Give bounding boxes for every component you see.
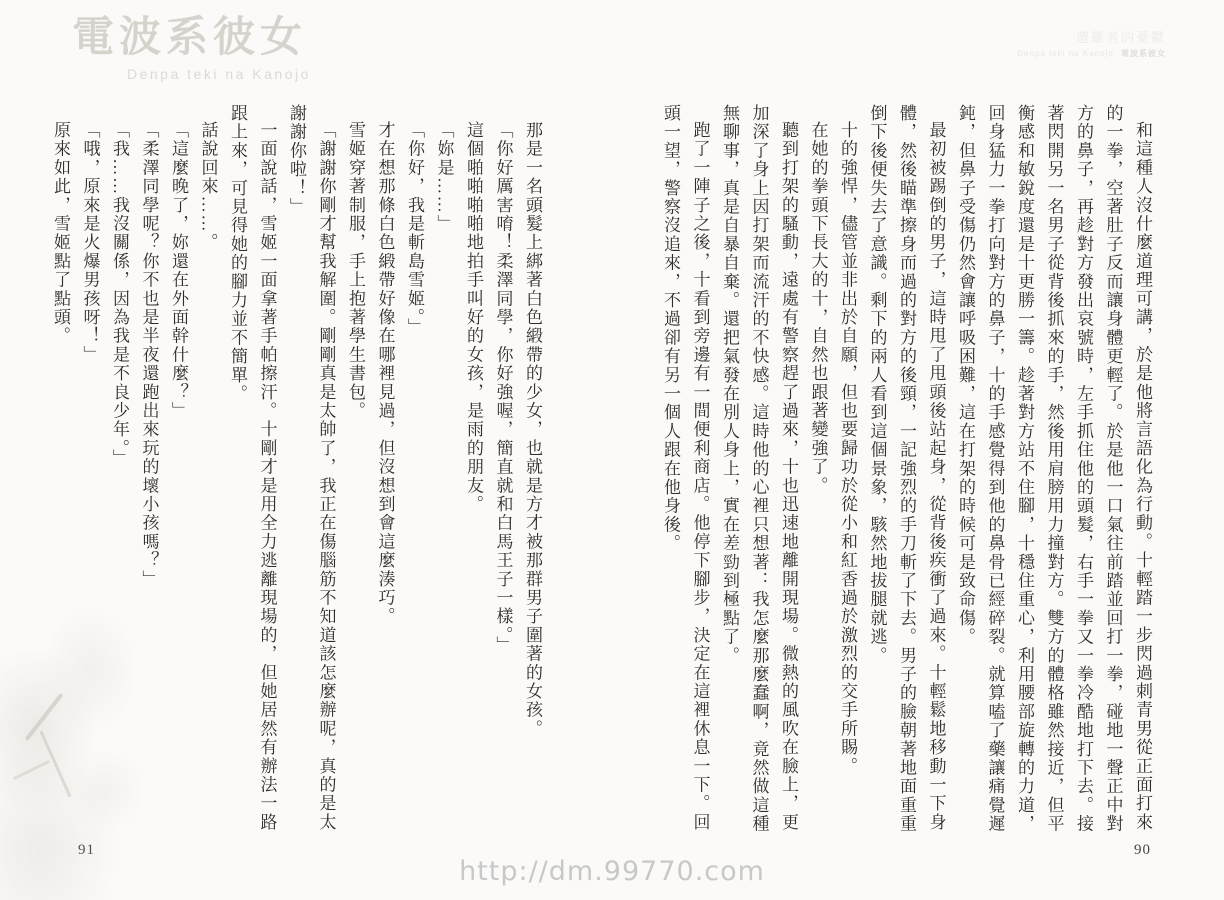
page-91-text-block: 那是一名頭髮上綁著白色緞帶的少女，也就是方才被那群男子圍著的女孩。「你好厲害唷！…	[45, 104, 547, 841]
novel-paragraph: 才在想那條白色緞帶好像在哪裡見過，但沒想到會這麼湊巧。	[370, 104, 400, 841]
novel-paragraph: 跑了一陣子之後，十看到旁邊有一間便利商店。他停下腳步，決定在這裡休息一下。回頭一…	[656, 104, 715, 841]
watermark-url: http://dm.99770.com	[0, 856, 1224, 887]
running-header-title: 遭難者的憂鬱	[1017, 30, 1166, 46]
book-spread-scan: 電波系彼女 Denpa teki na Kanojo 遭難者的憂鬱 Denpa …	[0, 0, 1224, 900]
novel-paragraph: 那是一名頭髮上綁著白色緞帶的少女，也就是方才被那群男子圍著的女孩。	[518, 104, 548, 841]
novel-paragraph: 「謝謝你剛才幫我解圍。剛剛真是太帥了，我正在傷腦筋不知道該怎麼辦呢，真的是太謝謝…	[282, 104, 341, 841]
novel-paragraph: 「你好厲害唷！柔澤同學，你好強喔，簡直就和白馬王子一樣。」	[488, 104, 518, 841]
novel-paragraph: 這個啪啪啪啪地拍手叫好的女孩，是雨的朋友。	[459, 104, 489, 841]
running-header: 遭難者的憂鬱 Denpa teki na Kanojo 電波系彼女	[1017, 30, 1166, 59]
novel-paragraph: 「你好，我是斬島雪姬。」	[400, 104, 430, 841]
book-logo-title: 電波系彼女	[72, 16, 311, 58]
novel-paragraph: 原來如此，雪姬點了點頭。	[46, 104, 76, 841]
novel-paragraph: 「哦，原來是火爆男孩呀！」	[75, 104, 105, 841]
novel-paragraph: 一面說話，雪姬一面拿著手帕擦汗。十剛才是用全力逃離現場的，但她居然有辦法一路跟上…	[223, 104, 282, 841]
novel-paragraph: 最初被踢倒的男子，這時甩了甩頭後站起身，從背後疾衝了過來。十輕鬆地移動一下身體，…	[862, 104, 951, 841]
running-header-subtitle: Denpa teki na Kanojo 電波系彼女	[1017, 48, 1166, 59]
book-logo-romaji: Denpa teki na Kanojo	[127, 66, 311, 82]
novel-paragraph: 話說回來……。	[193, 104, 223, 841]
novel-paragraph: 聽到打架的騷動，遠處有警察趕了過來，十也迅速地離開現場。微熱的風吹在臉上，更加深…	[715, 104, 804, 841]
novel-paragraph: 十的強悍，儘管並非出於自願，但也要歸功於從小和紅香過於激烈的交手所賜。	[833, 104, 863, 841]
running-header-romaji: Denpa teki na Kanojo	[1017, 49, 1114, 58]
novel-paragraph: 「妳是……」	[429, 104, 459, 841]
novel-paragraph: 「我……我沒關係，因為我是不良少年。」	[105, 104, 135, 841]
page-90-text-block: 和這種人沒什麼道理可講，於是他將言語化為行動。十輕踏一步閃過刺青男從正面打來的一…	[655, 104, 1157, 841]
novel-paragraph: 「柔澤同學呢？你不也是半夜還跑出來玩的壞小孩嗎？」	[134, 104, 164, 841]
novel-paragraph: 和這種人沒什麼道理可講，於是他將言語化為行動。十輕踏一步閃過刺青男從正面打來的一…	[951, 104, 1158, 841]
novel-paragraph: 雪姬穿著制服，手上抱著學生書包。	[341, 104, 371, 841]
book-logo: 電波系彼女 Denpa teki na Kanojo	[72, 16, 311, 82]
novel-paragraph: 「這麼晚了，妳還在外面幹什麼？」	[164, 104, 194, 841]
running-header-cjk: 電波系彼女	[1121, 49, 1166, 58]
novel-paragraph: 在她的拳頭下長大的十，自然也跟著變強了。	[803, 104, 833, 841]
